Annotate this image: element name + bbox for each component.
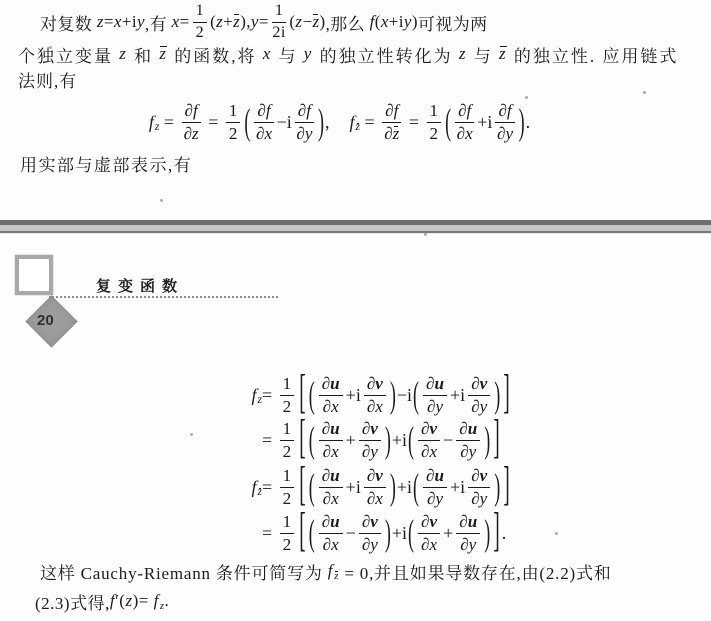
math-token: ∂f xyxy=(257,101,270,120)
math-token: z xyxy=(119,44,128,64)
numerator: ∂f xyxy=(455,101,474,122)
numerator: ∂v xyxy=(359,419,381,440)
math-token: ∂x xyxy=(367,489,383,508)
math-token: u xyxy=(435,466,445,485)
math-token: ∂y xyxy=(497,124,513,143)
numerator: 1 xyxy=(280,419,295,440)
math-token: 2 xyxy=(430,124,439,143)
math-token: − xyxy=(277,112,287,133)
math-token: 的独立性. 应用链式 xyxy=(508,42,679,67)
denominator: 2 xyxy=(283,534,292,554)
page-number: 20 xyxy=(37,312,54,329)
denominator: ∂y xyxy=(471,396,487,416)
fraction: ∂v∂y xyxy=(359,512,381,553)
fraction: ∂u∂y xyxy=(423,466,447,507)
numerator: ∂v xyxy=(468,374,490,395)
big-delimiter: ( xyxy=(408,511,414,554)
math-token: ∂y xyxy=(362,535,378,554)
chapter-box-icon xyxy=(15,255,53,295)
math-token: ∂f xyxy=(185,101,198,120)
numerator: ∂f xyxy=(382,101,401,122)
math-token: 与 xyxy=(467,42,499,67)
big-delimiter: ] xyxy=(493,413,499,467)
math-token: − xyxy=(397,385,407,406)
math-token: 1 xyxy=(283,466,292,485)
fraction: ∂u∂y xyxy=(456,419,480,460)
big-delimiter: ) xyxy=(390,373,396,416)
math-token: ,有 xyxy=(145,10,172,35)
denominator: ∂y xyxy=(471,488,487,508)
math-token: ∂x xyxy=(323,489,339,508)
math-token: = xyxy=(159,112,178,133)
equation-rhs: = 12[(∂u∂x+i∂v∂x)−i(∂u∂y+i∂v∂y)] xyxy=(262,374,512,415)
denominator: ∂x xyxy=(367,488,383,508)
scan-speck xyxy=(424,233,427,236)
denominator: 2 xyxy=(283,488,292,508)
math-token: i xyxy=(487,112,492,133)
math-token: 可视为两 xyxy=(418,10,488,35)
fraction: 12 xyxy=(280,374,295,415)
denominator: ∂y xyxy=(497,123,513,143)
math-token: 2 xyxy=(283,442,292,461)
numerator: 1 xyxy=(226,101,241,122)
fraction: 12 xyxy=(280,466,295,507)
math-token: ∂ xyxy=(322,374,330,393)
math-token: 1 xyxy=(196,2,204,20)
numerator: ∂v xyxy=(468,466,490,487)
math-token: z xyxy=(295,12,302,32)
math-token: (2.3)式得, xyxy=(35,589,110,614)
denominator: ∂y xyxy=(427,396,443,416)
math-token: ∂x xyxy=(256,124,272,143)
numerator: ∂f xyxy=(295,101,314,122)
fraction: ∂v∂x xyxy=(364,374,386,415)
equation-lhs: fz xyxy=(240,385,262,406)
fraction: 12 xyxy=(427,101,442,142)
math-token: + xyxy=(346,430,356,451)
math-token: 与 xyxy=(272,42,304,67)
math-token: f xyxy=(252,477,257,498)
math-token: ∂y xyxy=(471,397,487,416)
math-token: 个独立变量 xyxy=(18,42,119,67)
subscript: z xyxy=(258,394,262,406)
numerator: 1 xyxy=(427,101,442,122)
math-token: z xyxy=(155,121,159,133)
subscript: z xyxy=(334,570,339,582)
big-delimiter: ) xyxy=(318,100,324,143)
numerator: ∂u xyxy=(319,512,343,533)
big-delimiter: ) xyxy=(494,373,500,416)
fraction: 12 xyxy=(280,512,295,553)
numerator: 1 xyxy=(193,2,207,22)
numerator: 1 xyxy=(272,2,286,22)
math-token: 2i xyxy=(272,24,285,42)
denominator: 2 xyxy=(283,396,292,416)
math-token: ∂x xyxy=(323,535,339,554)
math-token: ∂ xyxy=(322,419,330,438)
equation-rhs: = 12[(∂u∂x−∂v∂y)+i(∂v∂x+∂u∂y)]. xyxy=(262,512,506,553)
math-token-overbar: z xyxy=(159,44,168,64)
fraction: ∂u∂y xyxy=(456,512,480,553)
numerator: ∂f xyxy=(254,101,273,122)
math-token: u xyxy=(435,374,445,393)
math-token: ∂f xyxy=(498,101,511,120)
math-token-overbar: z xyxy=(233,12,240,32)
math-token: + xyxy=(450,385,460,406)
math-token: x xyxy=(172,12,180,32)
math-token: + xyxy=(122,12,132,32)
math-token: + xyxy=(477,112,487,133)
math-token: 1 xyxy=(283,512,292,531)
paragraph-line: 这样 Cauchy-Riemann 条件可简写为 fz = 0,并且如果导数存在… xyxy=(40,558,612,584)
math-token: ∂y xyxy=(460,535,476,554)
math-token: , xyxy=(325,112,330,133)
equation-rhs: = 12[(∂u∂x+i∂v∂x)+i(∂u∂y+i∂v∂y)] xyxy=(262,466,512,507)
fraction: 12 xyxy=(280,419,295,460)
fraction: ∂v∂x xyxy=(418,419,440,460)
big-delimiter: ( xyxy=(309,373,315,416)
big-delimiter: ( xyxy=(309,418,315,461)
math-token: = xyxy=(262,523,277,544)
big-delimiter: ) xyxy=(519,100,525,143)
math-token: u xyxy=(330,419,340,438)
scan-speck xyxy=(643,91,646,94)
math-token: + xyxy=(397,477,407,498)
math-token-overbar: z xyxy=(393,124,400,143)
math-token: − xyxy=(302,12,312,32)
math-token: 的函数,将 xyxy=(168,42,263,67)
math-token: y xyxy=(304,44,314,64)
big-delimiter: ) xyxy=(385,511,391,554)
denominator: ∂y xyxy=(460,534,476,554)
math-token-overbar: z xyxy=(334,570,339,582)
big-delimiter: ( xyxy=(244,100,250,143)
math-token: i xyxy=(287,112,292,133)
math-token: + xyxy=(223,12,233,32)
fraction: ∂v∂y xyxy=(468,374,490,415)
math-token: − xyxy=(346,523,356,544)
math-token: u xyxy=(468,512,478,531)
dotted-rule xyxy=(49,288,278,298)
paragraph-line: (2.3)式得,f′(z)= fz. xyxy=(35,588,169,614)
math-token: = xyxy=(204,112,223,133)
math-token: . xyxy=(526,112,531,133)
scan-speck xyxy=(190,433,193,436)
big-delimiter: ) xyxy=(484,418,490,461)
numerator: ∂v xyxy=(364,374,386,395)
numerator: ∂f xyxy=(495,101,514,122)
math-token: u xyxy=(330,466,340,485)
math-token: v xyxy=(370,512,378,531)
math-token: f xyxy=(252,385,257,406)
math-token: ∂y xyxy=(460,442,476,461)
numerator: 1 xyxy=(280,466,295,487)
scan-speck xyxy=(160,199,163,202)
fraction: ∂f∂z xyxy=(382,101,401,142)
numerator: ∂f xyxy=(182,101,201,122)
denominator: ∂x xyxy=(367,396,383,416)
denominator: ∂x xyxy=(323,534,339,554)
math-token: + xyxy=(346,477,356,498)
scan-speck xyxy=(555,532,558,535)
fraction: ∂v∂x xyxy=(364,466,386,507)
equation-line: fz = 12[(∂u∂x+i∂v∂x)−i(∂u∂y+i∂v∂y)] xyxy=(240,372,512,418)
math-token: 2 xyxy=(196,24,204,42)
math-token: v xyxy=(480,374,488,393)
math-token: z xyxy=(459,44,468,64)
big-delimiter: ( xyxy=(309,465,315,508)
big-delimiter: [ xyxy=(299,413,305,467)
subscript: z xyxy=(155,121,159,133)
denominator: ∂x xyxy=(421,441,437,461)
fraction: ∂u∂x xyxy=(319,374,343,415)
numerator: ∂v xyxy=(418,512,440,533)
math-token: ∂ xyxy=(322,512,330,531)
math-token: 和 xyxy=(128,42,160,67)
equation-line: = 12[(∂u∂x+∂v∂y)+i(∂v∂x−∂u∂y)] xyxy=(240,417,502,463)
subscript: z xyxy=(356,121,360,133)
denominator: ∂y xyxy=(427,488,443,508)
math-token: i xyxy=(460,477,465,498)
big-delimiter: ] xyxy=(503,460,509,514)
math-token: 2 xyxy=(229,124,238,143)
denominator: 2 xyxy=(196,23,204,42)
scan-speck xyxy=(525,96,528,99)
math-token: f xyxy=(149,112,154,133)
math-token: 的独立性转化为 xyxy=(313,42,459,67)
big-delimiter: ] xyxy=(503,368,509,422)
math-token: x xyxy=(263,44,273,64)
denominator: 2i xyxy=(272,23,285,42)
math-token: 2 xyxy=(283,397,292,416)
math-token: ∂ xyxy=(471,466,479,485)
math-token: ∂f xyxy=(298,101,311,120)
big-delimiter: ) xyxy=(385,418,391,461)
fraction: ∂u∂y xyxy=(423,374,447,415)
denominator: ∂y xyxy=(460,441,476,461)
denominator: ∂x xyxy=(323,396,339,416)
math-token: ∂x xyxy=(323,397,339,416)
denominator: ∂z xyxy=(384,123,399,143)
math-token: f xyxy=(328,561,334,581)
math-token: i xyxy=(407,385,412,406)
math-token: = xyxy=(262,430,277,451)
math-token-overbar: z xyxy=(312,12,319,32)
math-token: ∂ xyxy=(421,512,429,531)
big-delimiter: ) xyxy=(484,511,490,554)
big-delimiter: ( xyxy=(445,100,451,143)
math-token: 1 xyxy=(430,101,439,120)
numerator: 1 xyxy=(280,512,295,533)
math-token: i xyxy=(460,385,465,406)
big-delimiter: [ xyxy=(299,506,305,560)
math-token: i xyxy=(402,523,407,544)
math-token: 2 xyxy=(283,489,292,508)
paragraph-line: 个独立变量 z 和 z 的函数,将 x 与 y 的独立性转化为 z 与 z 的独… xyxy=(18,43,678,65)
math-token: 对复数 xyxy=(40,10,97,35)
math-token: v xyxy=(375,466,383,485)
fraction: 12i xyxy=(272,2,286,41)
math-token: = xyxy=(360,112,379,133)
math-token: u xyxy=(330,374,340,393)
paragraph-line: 对复数 z=x+iy,有 x=12(z+z),y=12i(z−z),那么 f(x… xyxy=(40,3,488,41)
numerator: ∂u xyxy=(456,512,480,533)
math-token: x xyxy=(114,12,122,32)
math-token: u xyxy=(468,419,478,438)
math-token: i xyxy=(402,430,407,451)
math-token-overbar: z xyxy=(356,121,360,133)
math-token: ,那么 xyxy=(326,10,370,35)
math-token: = xyxy=(259,12,269,32)
denominator: ∂y xyxy=(362,534,378,554)
math-token: 1 xyxy=(275,2,283,20)
big-delimiter: ( xyxy=(309,511,315,554)
math-token: ∂ xyxy=(471,374,479,393)
display-formula: fz = ∂f∂z = 12(∂f∂x−i∂f∂y),fz = ∂f∂z = 1… xyxy=(0,100,711,144)
math-token: ∂ xyxy=(384,124,392,143)
fraction: ∂v∂x xyxy=(418,512,440,553)
math-token: v xyxy=(370,419,378,438)
denominator: ∂x xyxy=(457,123,473,143)
math-token-overbar: z xyxy=(499,44,508,64)
subscript: z xyxy=(258,486,262,498)
math-token: i xyxy=(356,477,361,498)
math-token: ∂f xyxy=(458,101,471,120)
math-token: +i xyxy=(389,12,404,32)
math-token: ∂y xyxy=(471,489,487,508)
math-token: + xyxy=(392,523,402,544)
math-token: ∂ xyxy=(421,419,429,438)
math-token: ∂y xyxy=(427,397,443,416)
math-token: z xyxy=(216,12,223,32)
big-delimiter: ( xyxy=(413,373,419,416)
math-token: f xyxy=(154,591,159,611)
fraction: 12 xyxy=(226,101,241,142)
math-token: + xyxy=(346,385,356,406)
math-token: ∂y xyxy=(427,489,443,508)
denominator: ∂y xyxy=(362,441,378,461)
fraction: ∂u∂x xyxy=(319,419,343,460)
numerator: ∂u xyxy=(423,374,447,395)
math-token: . xyxy=(165,591,170,611)
math-token: ∂ xyxy=(322,466,330,485)
math-token: ∂ xyxy=(426,466,434,485)
denominator: 2 xyxy=(283,441,292,461)
math-token: v xyxy=(429,419,437,438)
denominator: 2 xyxy=(229,123,238,143)
big-delimiter: ( xyxy=(413,465,419,508)
math-token: ∂x xyxy=(421,442,437,461)
fraction: ∂f∂y xyxy=(295,101,314,142)
scanned-textbook-page: 对复数 z=x+iy,有 x=12(z+z),y=12i(z−z),那么 f(x… xyxy=(0,0,711,621)
math-token: ∂x xyxy=(421,535,437,554)
math-token: ∂y xyxy=(362,442,378,461)
math-token: 2 xyxy=(283,535,292,554)
denominator: ∂z xyxy=(184,123,199,143)
math-token: 这样 Cauchy-Riemann 条件可简写为 xyxy=(40,559,328,584)
math-token: = 0,并且如果导数存在,由(2.2)式和 xyxy=(339,559,611,584)
math-token: + xyxy=(392,430,402,451)
fraction: 12 xyxy=(193,2,207,41)
math-token: u xyxy=(330,512,340,531)
math-token: ∂ xyxy=(362,419,370,438)
math-token: ∂z xyxy=(184,124,199,143)
subscript: z xyxy=(160,600,165,612)
numerator: 1 xyxy=(280,374,295,395)
numerator: ∂v xyxy=(359,512,381,533)
math-token: ∂y xyxy=(296,124,312,143)
fraction: ∂f∂y xyxy=(495,101,514,142)
fraction: ∂v∂y xyxy=(359,419,381,460)
math-token: ∂ xyxy=(367,374,375,393)
math-token: − xyxy=(443,430,453,451)
fraction: ∂v∂y xyxy=(468,466,490,507)
denominator: 2 xyxy=(430,123,439,143)
numerator: ∂u xyxy=(423,466,447,487)
math-token: y xyxy=(251,12,259,32)
numerator: ∂v xyxy=(364,466,386,487)
math-token: = xyxy=(104,12,114,32)
math-token: y xyxy=(404,12,412,32)
equation-rhs: = 12[(∂u∂x+∂v∂y)+i(∂v∂x−∂u∂y)] xyxy=(262,419,502,460)
math-token: = xyxy=(262,385,277,406)
numerator: ∂u xyxy=(456,419,480,440)
math-token: ∂ xyxy=(459,512,467,531)
numerator: ∂u xyxy=(319,466,343,487)
math-token: y xyxy=(137,12,145,32)
math-token: 1 xyxy=(283,419,292,438)
numerator: ∂u xyxy=(319,374,343,395)
equation-line: = 12[(∂u∂x−∂v∂y)+i(∂v∂x+∂u∂y)]. xyxy=(240,510,506,556)
big-delimiter: ) xyxy=(494,465,500,508)
math-token: f xyxy=(350,112,355,133)
denominator: ∂x xyxy=(323,441,339,461)
math-token: 1 xyxy=(283,374,292,393)
scan-speck xyxy=(49,46,52,49)
math-token: z xyxy=(160,600,165,612)
equation-lhs: fz xyxy=(240,477,262,498)
math-token: z xyxy=(258,394,262,406)
denominator: ∂y xyxy=(296,123,312,143)
fraction: ∂u∂x xyxy=(319,466,343,507)
big-delimiter: ] xyxy=(493,506,499,560)
denominator: ∂x xyxy=(421,534,437,554)
math-token: v xyxy=(429,512,437,531)
math-token: ∂x xyxy=(323,442,339,461)
big-delimiter: ( xyxy=(408,418,414,461)
fraction: ∂f∂x xyxy=(254,101,273,142)
math-token: = xyxy=(262,477,277,498)
denominator: ∂x xyxy=(323,488,339,508)
numerator: ∂v xyxy=(418,419,440,440)
paragraph-line: 法则,有 xyxy=(18,68,77,90)
math-token: ∂ xyxy=(367,466,375,485)
denominator: ∂x xyxy=(256,123,272,143)
math-token: z xyxy=(125,591,132,611)
big-delimiter: ) xyxy=(390,465,396,508)
math-token: ∂x xyxy=(457,124,473,143)
fraction: ∂f∂z xyxy=(182,101,201,142)
math-token: v xyxy=(480,466,488,485)
math-token: )= xyxy=(133,591,154,611)
math-token: . xyxy=(502,523,507,544)
equation-line: fz = 12[(∂u∂x+i∂v∂x)+i(∂u∂y+i∂v∂y)] xyxy=(240,464,512,510)
math-token: i xyxy=(407,477,412,498)
math-token: v xyxy=(375,374,383,393)
math-token: z xyxy=(97,12,104,32)
math-token: ∂ xyxy=(426,374,434,393)
math-token: ∂ xyxy=(459,419,467,438)
